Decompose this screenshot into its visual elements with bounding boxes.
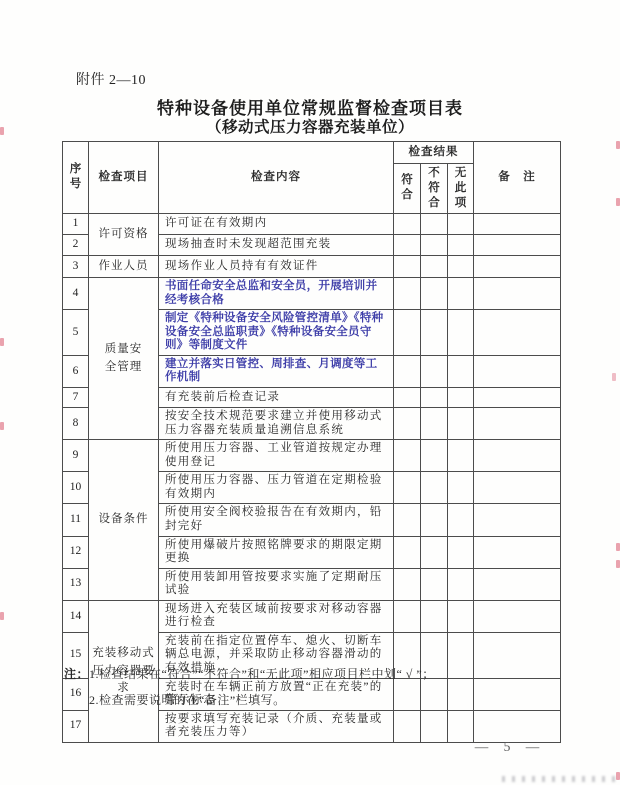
document-subtitle: （移动式压力容器充装单位） [0, 115, 620, 137]
content-cell: 所使用爆破片按照铭牌要求的期限定期更换 [159, 536, 394, 568]
content-cell: 现场作业人员持有有效证件 [159, 255, 394, 277]
table-row: 1 许可资格 许可证在有效期内 [63, 213, 561, 234]
result-na-cell [448, 255, 474, 277]
row-number-cell: 6 [63, 355, 89, 387]
result-na-cell [448, 234, 474, 255]
group-cell-license: 许可资格 [89, 213, 159, 255]
result-conform-cell [394, 472, 421, 504]
result-conform-cell [394, 388, 421, 408]
row-number-cell: 9 [63, 440, 89, 472]
row-number-cell: 3 [63, 255, 89, 277]
result-na-cell [448, 213, 474, 234]
result-na-cell [448, 600, 474, 632]
footnote-line-1: 注：1.检查结果在“符合”“不符合”和“无此项”相应项目栏中划“ √ ”； [64, 665, 544, 682]
remark-cell [474, 472, 561, 504]
result-conform-cell [394, 504, 421, 536]
scan-artifact-red-mark [0, 422, 4, 430]
result-nonconform-cell [421, 568, 448, 600]
inspection-table: 序号 检查项目 检查内容 检查结果 备 注 符合 不符合 无此项 1 许可资格 … [62, 141, 561, 743]
row-number-cell: 10 [63, 472, 89, 504]
result-conform-cell [394, 440, 421, 472]
result-na-cell [448, 440, 474, 472]
result-na-cell [448, 536, 474, 568]
content-cell: 现场抽查时未发现超范围充装 [159, 234, 394, 255]
remark-cell [474, 504, 561, 536]
content-cell: 书面任命安全总监和安全员，开展培训并经考核合格 [159, 278, 394, 310]
page-number: — 5 — [455, 739, 565, 755]
result-conform-cell [394, 408, 421, 440]
remark-cell [474, 355, 561, 387]
result-conform-cell [394, 568, 421, 600]
result-na-cell [448, 408, 474, 440]
scan-artifact-bottom-edge [502, 776, 618, 782]
row-number-cell: 8 [63, 408, 89, 440]
content-cell: 制定《特种设备安全风险管控清单》《特种设备安全总监职责》《特种设备安全员守则》等… [159, 310, 394, 356]
scan-artifact-red-mark [616, 772, 620, 780]
group-cell-equipment: 设备条件 [89, 440, 159, 601]
result-na-cell [448, 504, 474, 536]
result-conform-cell [394, 355, 421, 387]
row-number-cell: 14 [63, 600, 89, 632]
group-cell-quality: 质量安 全管理 [89, 278, 159, 440]
result-na-cell [448, 472, 474, 504]
content-cell: 所使用装卸用管按要求实施了定期耐压试验 [159, 568, 394, 600]
attachment-label: 附件 2—10 [76, 69, 146, 89]
result-nonconform-cell [421, 355, 448, 387]
remark-cell [474, 568, 561, 600]
row-number-cell: 17 [63, 710, 89, 742]
result-conform-cell [394, 600, 421, 632]
scan-artifact-red-mark [616, 560, 620, 568]
result-nonconform-cell [421, 278, 448, 310]
remark-cell [474, 213, 561, 234]
result-na-cell [448, 355, 474, 387]
result-conform-cell [394, 710, 421, 742]
table-row: 3 作业人员 现场作业人员持有有效证件 [63, 255, 561, 277]
scan-artifact-red-mark [616, 543, 620, 551]
content-cell: 所使用压力容器、压力管道在定期检验有效期内 [159, 472, 394, 504]
remark-cell [474, 600, 561, 632]
result-nonconform-cell [421, 710, 448, 742]
content-cell: 许可证在有效期内 [159, 213, 394, 234]
scan-artifact-red-mark [616, 141, 620, 149]
result-nonconform-cell [421, 472, 448, 504]
result-nonconform-cell [421, 388, 448, 408]
row-number-cell: 5 [63, 310, 89, 356]
row-number-cell: 7 [63, 388, 89, 408]
header-item: 检查项目 [89, 142, 159, 214]
row-number-cell: 13 [63, 568, 89, 600]
result-nonconform-cell [421, 234, 448, 255]
remark-cell [474, 310, 561, 356]
result-conform-cell [394, 255, 421, 277]
result-na-cell [448, 278, 474, 310]
footnotes: 注：1.检查结果在“符合”“不符合”和“无此项”相应项目栏中划“ √ ”； 2.… [64, 665, 544, 708]
result-conform-cell [394, 310, 421, 356]
remark-cell [474, 388, 561, 408]
scanned-document-page: 附件 2—10 特种设备使用单位常规监督检查项目表 （移动式压力容器充装单位） … [0, 0, 620, 785]
header-na: 无此项 [448, 164, 474, 214]
header-remark: 备 注 [474, 142, 561, 214]
row-number-cell: 11 [63, 504, 89, 536]
header-result: 检查结果 [394, 142, 474, 164]
remark-cell [474, 408, 561, 440]
result-na-cell [448, 568, 474, 600]
result-na-cell [448, 388, 474, 408]
row-number-cell: 12 [63, 536, 89, 568]
header-nonconform: 不符合 [421, 164, 448, 214]
header-seq: 序号 [63, 142, 89, 214]
content-cell: 建立并落实日管控、周排查、月调度等工作机制 [159, 355, 394, 387]
footnote-line-2: 2.检查需要说明的在“备注”栏填写。 [89, 691, 544, 708]
scan-artifact-red-mark [0, 612, 4, 620]
content-cell: 所使用压力容器、工业管道按规定办理使用登记 [159, 440, 394, 472]
scan-artifact-red-mark [612, 373, 616, 381]
header-conform: 符合 [394, 164, 421, 214]
remark-cell [474, 255, 561, 277]
footnote-label: 注： [64, 667, 89, 681]
content-cell: 按要求填写充装记录（介质、充装量或者充装压力等） [159, 710, 394, 742]
group-cell-personnel: 作业人员 [89, 255, 159, 277]
content-cell: 有充装前后检查记录 [159, 388, 394, 408]
result-nonconform-cell [421, 600, 448, 632]
result-conform-cell [394, 278, 421, 310]
remark-cell [474, 710, 561, 742]
result-nonconform-cell [421, 255, 448, 277]
result-nonconform-cell [421, 310, 448, 356]
result-nonconform-cell [421, 213, 448, 234]
table-row: 14 充装移动式 压力容器要 求 现场进入充装区域前按要求对移动容器进行检查 [63, 600, 561, 632]
remark-cell [474, 536, 561, 568]
result-nonconform-cell [421, 504, 448, 536]
remark-cell [474, 234, 561, 255]
row-number-cell: 1 [63, 213, 89, 234]
scan-artifact-red-mark [0, 127, 4, 135]
remark-cell [474, 278, 561, 310]
table-row-highlighted: 4 质量安 全管理 书面任命安全总监和安全员，开展培训并经考核合格 [63, 278, 561, 310]
result-conform-cell [394, 213, 421, 234]
content-cell: 按安全技术规范要求建立并使用移动式压力容器充装质量追溯信息系统 [159, 408, 394, 440]
row-number-cell: 4 [63, 278, 89, 310]
content-cell: 所使用安全阀校验报告在有效期内，铅封完好 [159, 504, 394, 536]
header-content: 检查内容 [159, 142, 394, 214]
result-nonconform-cell [421, 536, 448, 568]
row-number-cell: 2 [63, 234, 89, 255]
result-nonconform-cell [421, 408, 448, 440]
table-header-row-1: 序号 检查项目 检查内容 检查结果 备 注 [63, 142, 561, 164]
table-row: 9 设备条件 所使用压力容器、工业管道按规定办理使用登记 [63, 440, 561, 472]
result-na-cell [448, 310, 474, 356]
scan-artifact-red-mark [616, 198, 620, 206]
result-conform-cell [394, 536, 421, 568]
footnote-text-1: 1.检查结果在“符合”“不符合”和“无此项”相应项目栏中划“ √ ”； [89, 667, 435, 681]
content-cell: 现场进入充装区域前按要求对移动容器进行检查 [159, 600, 394, 632]
result-conform-cell [394, 234, 421, 255]
remark-cell [474, 440, 561, 472]
result-na-cell [448, 710, 474, 742]
scan-artifact-red-mark [0, 338, 4, 346]
result-nonconform-cell [421, 440, 448, 472]
